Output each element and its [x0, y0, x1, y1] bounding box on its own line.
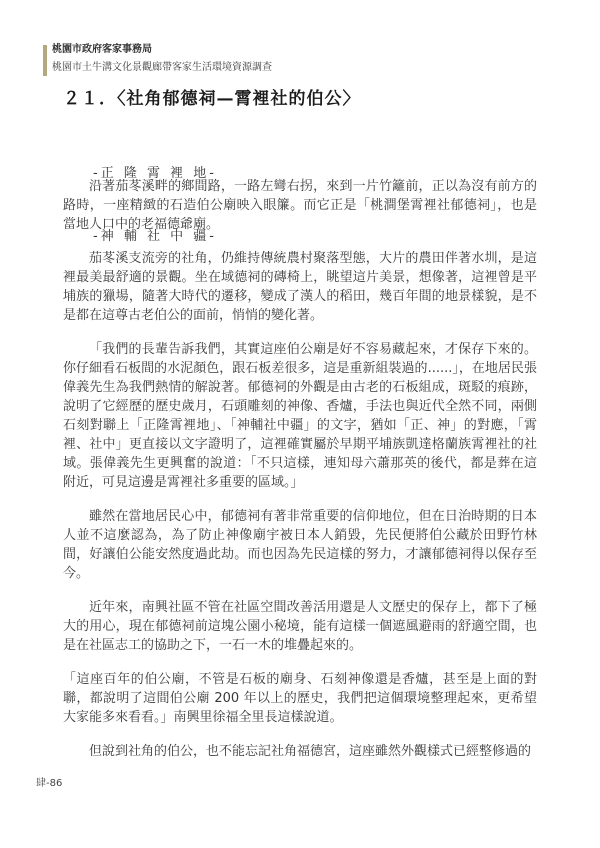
body-paragraph: 「這座百年的伯公廟，不管是石板的廟身、石刻神像還是香爐，甚至是上面的對聯，都說明…: [63, 670, 537, 727]
header-project-title: 桃園市土牛溝文化景觀廊帶客家生活環境資源調查: [52, 61, 272, 75]
page-number: 肆-86: [36, 774, 62, 789]
section-title: ２１．〈社角郁德祠—霄裡社的伯公〉: [63, 84, 361, 109]
page-header: 桃園市政府客家事務局 桃園市土牛溝文化景觀廊帶客家生活環境資源調查: [43, 43, 272, 75]
body-paragraph: 近年來，南興社區不管在社區空間改善活用還是人文歷史的保存上，都下了極大的用心，現…: [63, 598, 537, 655]
header-organization: 桃園市政府客家事務局: [52, 43, 272, 57]
body-content: 沿著茄苳溪畔的鄉間路，一路左彎右拐，來到一片竹籬前，正以為沒有前方的路時，一座精…: [63, 177, 537, 776]
document-page: 桃園市政府客家事務局 桃園市土牛溝文化景觀廊帶客家生活環境資源調查 ２１．〈社角…: [0, 0, 600, 848]
body-paragraph: 但說到社角的伯公，也不能忘記社角福德宮，這座雖然外觀樣式已經整修過的: [63, 742, 537, 761]
header-accent-bar: [43, 45, 47, 76]
body-paragraph: 茄苳溪支流旁的社角，仍維持傳統農村聚落型態，大片的農田伴著水圳，是這裡最美最舒適…: [63, 249, 537, 325]
body-paragraph: 沿著茄苳溪畔的鄉間路，一路左彎右拐，來到一片竹籬前，正以為沒有前方的路時，一座精…: [63, 177, 537, 234]
body-paragraph: 「我們的長輩告訴我們，其實這座伯公廟是好不容易藏起來，才保存下來的。你仔細看石板…: [63, 340, 537, 492]
body-paragraph: 雖然在當地居民心中，郁德祠有著非常重要的信仰地位，但在日治時期的日本人並不這麼認…: [63, 507, 537, 583]
